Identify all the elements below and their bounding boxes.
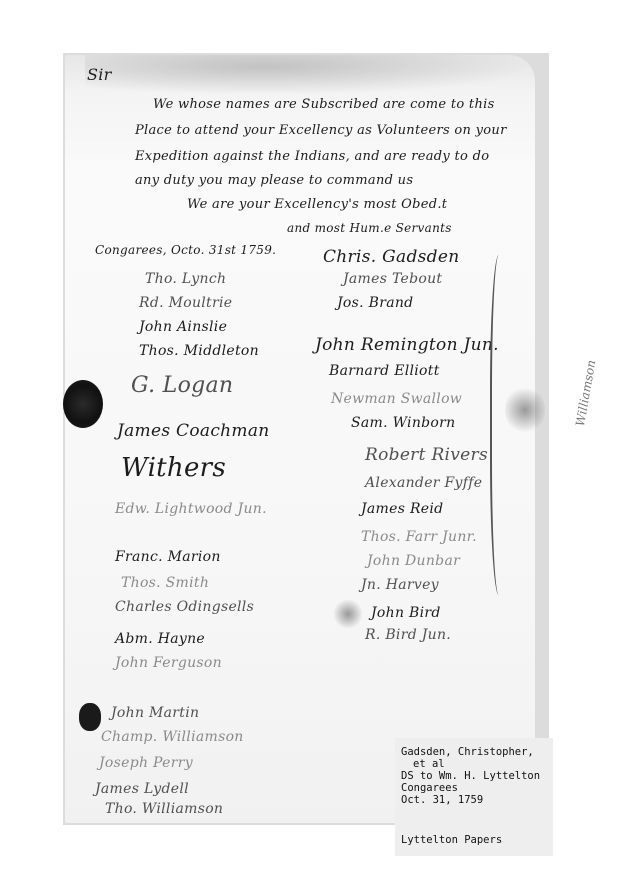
signature: Thos. Smith	[121, 575, 209, 591]
signature-bracket	[490, 255, 512, 595]
signature: Jos. Brand	[337, 295, 413, 311]
ink-blot	[79, 703, 101, 731]
label-line: Oct. 31, 1759	[401, 794, 553, 806]
label-line: DS to Wm. H. Lyttelton	[401, 770, 553, 782]
signature: R. Bird Jun.	[365, 627, 451, 643]
signature: Jn. Harvey	[361, 577, 439, 593]
paper-sheet: Sir We whose names are Subscribed are co…	[65, 55, 535, 823]
signature: Franc. Marion	[115, 549, 221, 565]
body-line-4: any duty you may please to command us	[135, 173, 413, 188]
signature: Rd. Moultrie	[139, 295, 232, 311]
signature: Thos. Farr Junr.	[361, 529, 477, 545]
document-scan: Sir We whose names are Subscribed are co…	[63, 53, 549, 825]
signature: G. Logan	[131, 373, 233, 398]
label-line: Congarees	[401, 782, 553, 794]
salutation: Sir	[87, 65, 112, 84]
signature: Withers	[121, 453, 226, 483]
signature: John Bird	[371, 605, 441, 621]
closing-line-2: and most Hum.e Servants	[287, 221, 452, 235]
archive-label: Gadsden, Christopher, et al DS to Wm. H.…	[395, 738, 553, 856]
body-line-2: Place to attend your Excellency as Volun…	[135, 123, 507, 138]
signature: Joseph Perry	[99, 755, 193, 771]
signature: James Coachman	[117, 421, 270, 441]
signature: Barnard Elliott	[329, 363, 440, 379]
signature: Alexander Fyffe	[365, 475, 482, 491]
signature: Chris. Gadsden	[323, 247, 459, 267]
signature: James Lydell	[95, 781, 189, 797]
signature: Tho. Lynch	[145, 271, 226, 287]
signature: Edw. Lightwood Jun.	[115, 501, 267, 517]
signature: James Tebout	[343, 271, 442, 287]
signature: Champ. Williamson	[101, 729, 244, 745]
label-collection: Lyttelton Papers	[401, 834, 502, 846]
closing-line-1: We are your Excellency's most Obed.t	[187, 197, 447, 212]
signature: Abm. Hayne	[115, 631, 205, 647]
signature: Sam. Winborn	[351, 415, 455, 431]
dateline: Congarees, Octo. 31st 1759.	[95, 243, 276, 257]
signature: John Martin	[111, 705, 199, 721]
signature: John Ainslie	[139, 319, 227, 335]
signature: John Ferguson	[115, 655, 222, 671]
signature: Tho. Williamson	[105, 801, 223, 817]
signature: Thos. Middleton	[139, 343, 259, 359]
signature: John Remington Jun.	[315, 335, 499, 355]
ink-smudge	[333, 599, 363, 629]
wax-seal	[63, 380, 103, 428]
label-line: et al	[401, 758, 553, 770]
signature: Robert Rivers	[365, 445, 488, 465]
body-line-3: Expedition against the Indians, and are …	[135, 149, 489, 164]
signature: Charles Odingsells	[115, 599, 254, 615]
signature: James Reid	[361, 501, 443, 517]
label-line: Gadsden, Christopher,	[401, 746, 553, 758]
paper-stain	[85, 55, 535, 95]
body-line-1: We whose names are Subscribed are come t…	[153, 97, 495, 112]
signature: Newman Swallow	[331, 391, 462, 407]
signature: John Dunbar	[367, 553, 460, 569]
margin-note: Williamson	[573, 359, 598, 428]
